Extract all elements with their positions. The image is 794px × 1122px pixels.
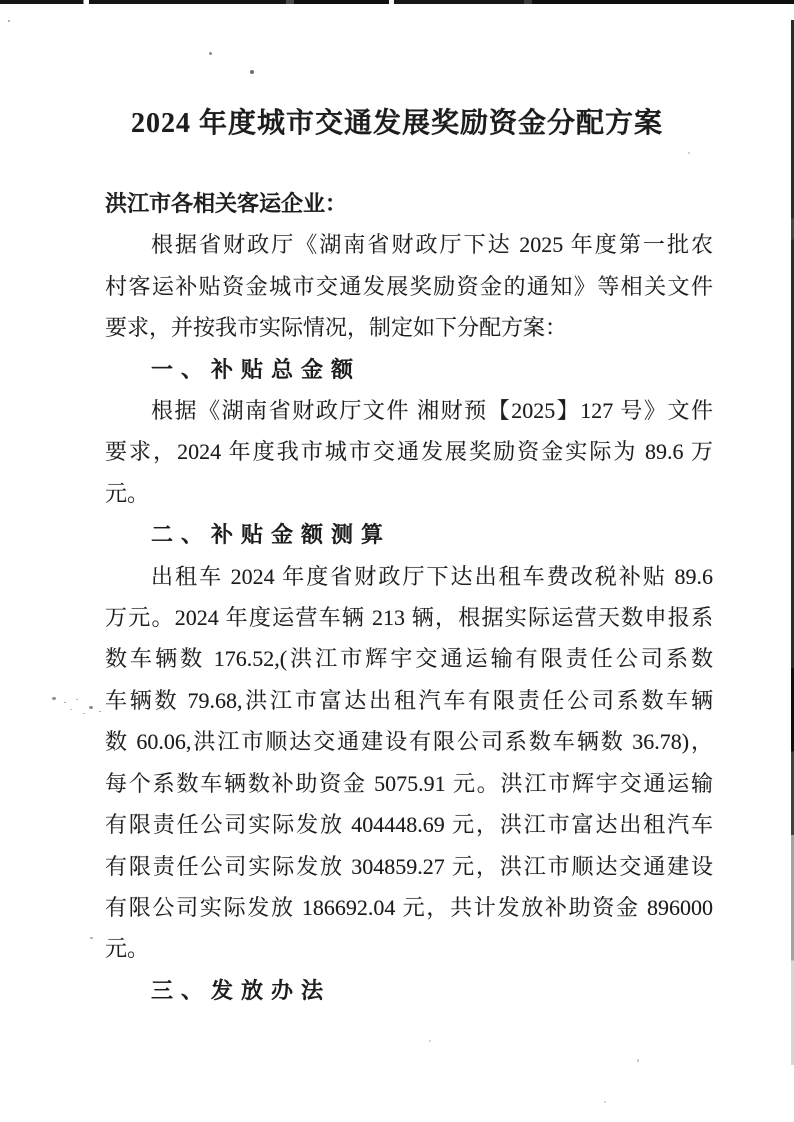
- text-line: 出租车 2024 年度省财政厅下达出租车费改税补贴 89.6: [105, 556, 713, 597]
- text-line: 有限责任公司实际发放 404448.69 元，洪江市富达出租汽车: [105, 804, 713, 845]
- scan-artifact-speck: [604, 1101, 606, 1103]
- text-line: 根据《湖南省财政厅文件 湘财预【2025】127 号》文件: [105, 390, 713, 431]
- text-line: 要求，2024 年度我市城市交通发展奖励资金实际为 89.6 万: [105, 431, 713, 472]
- text-line: 有限责任公司实际发放 304859.27 元，洪江市顺达交通建设: [105, 846, 713, 887]
- text-line: 根据省财政厅《湖南省财政厅下达 2025 年度第一批农: [105, 224, 713, 265]
- text-line: 数 60.06,洪江市顺达交通建设有限公司系数车辆数 36.78)，: [105, 721, 713, 762]
- scan-artifact-top-edge: [0, 0, 794, 4]
- text-line: 每个系数车辆数补助资金 5075.91 元。洪江市辉宇交通运输: [105, 763, 713, 804]
- section-heading-1: 一、补贴总金额: [105, 349, 713, 390]
- document-title: 2024 年度城市交通发展奖励资金分配方案: [0, 101, 794, 141]
- text-line: 元。: [105, 928, 713, 969]
- scan-artifact-speck: [90, 937, 93, 939]
- text-line: 数车辆数 176.52,(洪江市辉宇交通运输有限责任公司系数: [105, 638, 713, 679]
- scan-artifact-speck: [209, 52, 212, 55]
- scan-artifact-speck: [637, 1059, 639, 1062]
- text-line: 万元。2024 年度运营车辆 213 辆，根据实际运营天数申报系: [105, 597, 713, 638]
- section-heading-3: 三、发放办法: [105, 970, 713, 1011]
- text-line: 有限公司实际发放 186692.04 元，共计发放补助资金 896000: [105, 887, 713, 928]
- section-heading-2: 二、补贴金额测算: [105, 514, 713, 555]
- scan-artifact-speck: [8, 20, 10, 22]
- scan-artifact-speck: [429, 1040, 431, 1042]
- scan-artifact-speck: [250, 70, 254, 74]
- addressee-line: 洪江市各相关客运企业：: [105, 183, 713, 224]
- scan-artifact-smudge: [52, 697, 56, 700]
- scan-artifact-speck: [688, 152, 690, 154]
- text-line: 车辆数 79.68,洪江市富达出租汽车有限责任公司系数车辆: [105, 680, 713, 721]
- text-line: 元。: [105, 473, 713, 514]
- text-line: 村客运补贴资金城市交通发展奖励资金的通知》等相关文件: [105, 266, 713, 307]
- document-body: 洪江市各相关客运企业： 根据省财政厅《湖南省财政厅下达 2025 年度第一批农 …: [105, 183, 713, 1011]
- text-line: 要求，并按我市实际情况，制定如下分配方案：: [105, 307, 713, 348]
- scanned-document-page: 2024 年度城市交通发展奖励资金分配方案 洪江市各相关客运企业： 根据省财政厅…: [0, 0, 794, 1122]
